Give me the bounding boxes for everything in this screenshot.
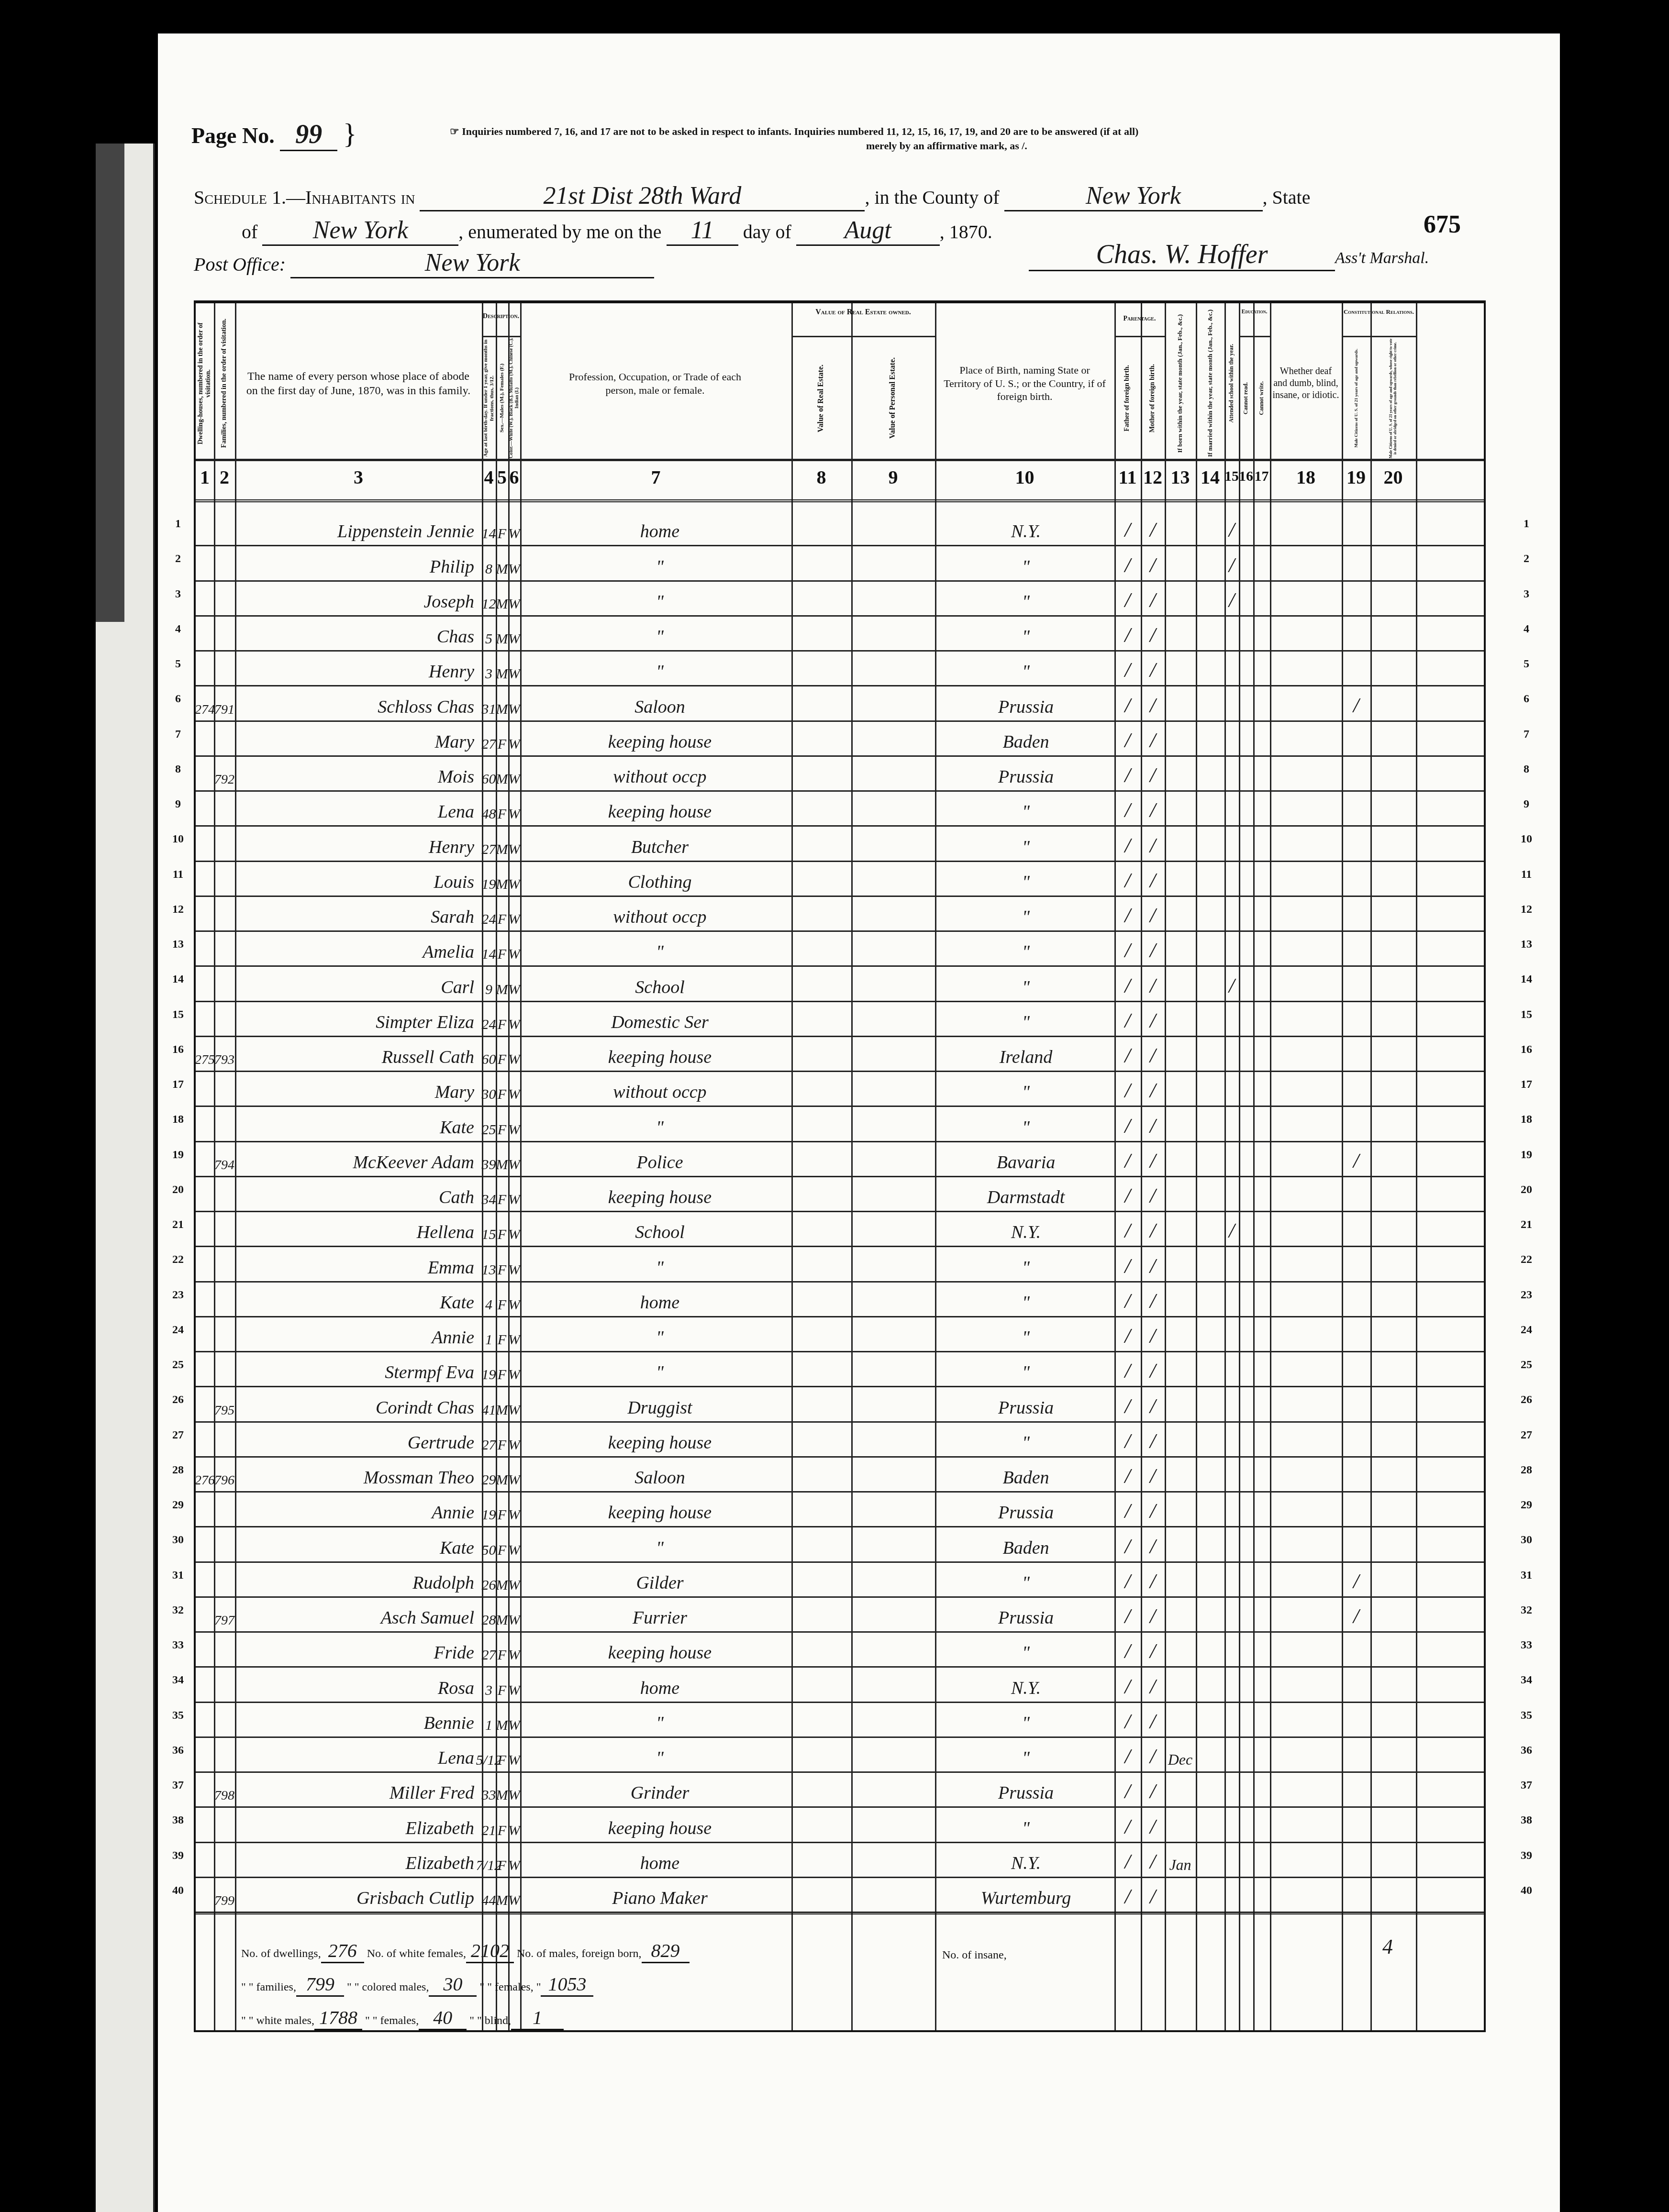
cell-occupation: Saloon bbox=[531, 1456, 789, 1491]
cell-sex: M bbox=[496, 965, 508, 1000]
cell-born-month bbox=[1165, 1141, 1196, 1176]
cell-sex: F bbox=[496, 896, 508, 930]
line-number: 4 bbox=[1517, 623, 1536, 636]
cell-dwelling bbox=[196, 580, 214, 615]
cell-birthplace: " bbox=[942, 650, 1110, 685]
line-number: 12 bbox=[168, 903, 188, 916]
line-number: 21 bbox=[168, 1218, 188, 1231]
cell-color: W bbox=[508, 1281, 520, 1316]
district-field: 21st Dist 28th Ward bbox=[420, 182, 865, 211]
cell-sex: M bbox=[496, 1561, 508, 1596]
cell-sex: F bbox=[496, 1666, 508, 1701]
cell-father-foreign: / bbox=[1114, 1877, 1141, 1912]
cell-mother-foreign: / bbox=[1141, 545, 1165, 580]
cell-born-month bbox=[1165, 1491, 1196, 1526]
totals-row-1: No. of dwellings,276 No. of white female… bbox=[241, 1939, 690, 1963]
cell-occupation: keeping house bbox=[531, 1036, 789, 1071]
cell-family bbox=[214, 720, 235, 755]
line-number: 10 bbox=[1517, 833, 1536, 846]
cell-citizen bbox=[1342, 1246, 1370, 1281]
cell-father-foreign: / bbox=[1114, 790, 1141, 825]
cell-age: 1 bbox=[482, 1316, 496, 1351]
cell-father-foreign: / bbox=[1114, 1806, 1141, 1841]
cell-birthplace: Prussia bbox=[942, 755, 1110, 790]
cell-married-month bbox=[1196, 1771, 1224, 1806]
cell-name: Cath bbox=[239, 1176, 478, 1211]
colnum-8: 8 bbox=[791, 466, 851, 488]
cell-mother-foreign: / bbox=[1141, 896, 1165, 930]
cell-birthplace: " bbox=[942, 1736, 1110, 1771]
cell-birthplace: " bbox=[942, 861, 1110, 896]
cell-citizen bbox=[1342, 1176, 1370, 1211]
cell-age: 33 bbox=[482, 1771, 496, 1806]
cell-occupation: without occp bbox=[531, 1071, 789, 1106]
cell-married-month bbox=[1196, 861, 1224, 896]
cell-color: W bbox=[508, 650, 520, 685]
cell-father-foreign: / bbox=[1114, 1036, 1141, 1071]
line-number: 30 bbox=[168, 1534, 188, 1547]
cell-dwelling bbox=[196, 930, 214, 965]
line-number: 14 bbox=[1517, 973, 1536, 986]
cell-color: W bbox=[508, 1491, 520, 1526]
cell-school bbox=[1224, 1351, 1239, 1386]
cell-age: 12 bbox=[482, 580, 496, 615]
cell-occupation: keeping house bbox=[531, 790, 789, 825]
cell-birthplace: N.Y. bbox=[942, 1211, 1110, 1246]
cell-birthplace: " bbox=[942, 825, 1110, 860]
cell-age: 60 bbox=[482, 755, 496, 790]
cell-citizen bbox=[1342, 1456, 1370, 1491]
cell-dwelling bbox=[196, 825, 214, 860]
cell-name: Fride bbox=[239, 1631, 478, 1666]
cell-dwelling bbox=[196, 1771, 214, 1806]
line-number: 16 bbox=[168, 1043, 188, 1056]
cell-birthplace: N.Y. bbox=[942, 510, 1110, 545]
cell-father-foreign: / bbox=[1114, 861, 1141, 896]
cell-family bbox=[214, 1001, 235, 1036]
line-number: 28 bbox=[168, 1464, 188, 1477]
cell-age: 19 bbox=[482, 1491, 496, 1526]
total-white-males: 1788 bbox=[314, 2006, 362, 2030]
cell-mother-foreign: / bbox=[1141, 685, 1165, 720]
cell-family bbox=[214, 1526, 235, 1561]
table-row: Sarah24FWwithout occp"// bbox=[196, 896, 1484, 932]
table-row: 797Asch Samuel28MWFurrierPrussia/// bbox=[196, 1596, 1484, 1633]
cell-family: 793 bbox=[214, 1036, 235, 1071]
cell-school bbox=[1224, 1561, 1239, 1596]
line-number: 11 bbox=[1517, 868, 1536, 881]
state-field: New York bbox=[262, 216, 458, 246]
table-row: Rudolph26MWGilder"/// bbox=[196, 1561, 1484, 1598]
cell-color: W bbox=[508, 755, 520, 790]
cell-birthplace: " bbox=[942, 1351, 1110, 1386]
cell-birthplace: " bbox=[942, 1106, 1110, 1140]
cell-age: 41 bbox=[482, 1386, 496, 1421]
cell-citizen bbox=[1342, 1842, 1370, 1877]
total-citizens: 4 bbox=[1382, 1935, 1393, 1959]
cell-age: 27 bbox=[482, 1631, 496, 1666]
cell-occupation: Saloon bbox=[531, 685, 789, 720]
line-number: 32 bbox=[1517, 1604, 1536, 1617]
cell-father-foreign: / bbox=[1114, 650, 1141, 685]
cell-father-foreign: / bbox=[1114, 1771, 1141, 1806]
cell-name: Henry bbox=[239, 825, 478, 860]
cell-citizen bbox=[1342, 825, 1370, 860]
cell-born-month bbox=[1165, 580, 1196, 615]
cell-family bbox=[214, 650, 235, 685]
cell-birthplace: Darmstadt bbox=[942, 1176, 1110, 1211]
line-number: 27 bbox=[1517, 1429, 1536, 1442]
cell-dwelling bbox=[196, 1421, 214, 1456]
cell-father-foreign: / bbox=[1114, 1421, 1141, 1456]
county-field: New York bbox=[1004, 182, 1263, 211]
cell-dwelling bbox=[196, 1001, 214, 1036]
header-col-2: Families, numbered in the order of visit… bbox=[214, 308, 235, 459]
cell-dwelling bbox=[196, 1176, 214, 1211]
line-number: 9 bbox=[1517, 798, 1536, 811]
cell-sex: M bbox=[496, 545, 508, 580]
line-number: 27 bbox=[168, 1429, 188, 1442]
cell-school bbox=[1224, 1386, 1239, 1421]
cell-name: Louis bbox=[239, 861, 478, 896]
cell-occupation: keeping house bbox=[531, 1176, 789, 1211]
cell-family bbox=[214, 1491, 235, 1526]
line-number: 3 bbox=[168, 588, 188, 601]
cell-color: W bbox=[508, 1036, 520, 1071]
cell-dwelling bbox=[196, 1702, 214, 1736]
cell-born-month bbox=[1165, 650, 1196, 685]
cell-citizen bbox=[1342, 580, 1370, 615]
cell-birthplace: " bbox=[942, 1806, 1110, 1841]
cell-born-month bbox=[1165, 1702, 1196, 1736]
line-number: 23 bbox=[168, 1289, 188, 1302]
cell-dwelling bbox=[196, 1596, 214, 1631]
table-row: Louis19MWClothing"// bbox=[196, 861, 1484, 897]
cell-family: 794 bbox=[214, 1141, 235, 1176]
cell-born-month bbox=[1165, 1421, 1196, 1456]
cell-born-month bbox=[1165, 1561, 1196, 1596]
cell-occupation: Druggist bbox=[531, 1386, 789, 1421]
cell-school bbox=[1224, 896, 1239, 930]
cell-mother-foreign: / bbox=[1141, 1036, 1165, 1071]
header-col-9: Value of Personal Estate. bbox=[851, 338, 935, 459]
table-row: Lena48FWkeeping house"// bbox=[196, 790, 1484, 827]
cell-birthplace: Ireland bbox=[942, 1036, 1110, 1071]
cell-citizen bbox=[1342, 1526, 1370, 1561]
cell-color: W bbox=[508, 1176, 520, 1211]
cell-married-month bbox=[1196, 1141, 1224, 1176]
table-row: 274791Schloss Chas31MWSaloonPrussia/// bbox=[196, 685, 1484, 721]
line-number: 7 bbox=[168, 728, 188, 741]
cell-age: 29 bbox=[482, 1456, 496, 1491]
line-number: 33 bbox=[168, 1639, 188, 1652]
line-number: 30 bbox=[1517, 1534, 1536, 1547]
table-row: Kate25FW""// bbox=[196, 1106, 1484, 1142]
header-col-4: Age at last birth-day. If under 1 year, … bbox=[482, 338, 496, 459]
cell-family bbox=[214, 615, 235, 650]
cell-family: 798 bbox=[214, 1771, 235, 1806]
cell-citizen bbox=[1342, 1491, 1370, 1526]
cell-citizen bbox=[1342, 1001, 1370, 1036]
cell-family bbox=[214, 1176, 235, 1211]
header-col-19: Male Citizens of U. S. of 21 years of ag… bbox=[1342, 338, 1370, 459]
cell-born-month bbox=[1165, 720, 1196, 755]
cell-age: 31 bbox=[482, 685, 496, 720]
cell-mother-foreign: / bbox=[1141, 1456, 1165, 1491]
line-number: 12 bbox=[1517, 903, 1536, 916]
cell-father-foreign: / bbox=[1114, 825, 1141, 860]
cell-dwelling bbox=[196, 1561, 214, 1596]
cell-dwelling bbox=[196, 965, 214, 1000]
cell-name: Carl bbox=[239, 965, 478, 1000]
line-number: 37 bbox=[1517, 1779, 1536, 1792]
cell-born-month bbox=[1165, 1001, 1196, 1036]
table-row: Chas5MW""// bbox=[196, 615, 1484, 652]
cell-sex: M bbox=[496, 1877, 508, 1912]
cell-school bbox=[1224, 1281, 1239, 1316]
cell-birthplace: Baden bbox=[942, 720, 1110, 755]
group-real-estate: Value of Real Estate owned. bbox=[791, 308, 935, 317]
cell-family bbox=[214, 1561, 235, 1596]
cell-sex: F bbox=[496, 1071, 508, 1106]
cell-name: Schloss Chas bbox=[239, 685, 478, 720]
table-row: 798Miller Fred33MWGrinderPrussia// bbox=[196, 1771, 1484, 1808]
cell-age: 24 bbox=[482, 896, 496, 930]
cell-occupation: Furrier bbox=[531, 1596, 789, 1631]
cell-family bbox=[214, 580, 235, 615]
cell-color: W bbox=[508, 1351, 520, 1386]
cell-birthplace: N.Y. bbox=[942, 1666, 1110, 1701]
line-number: 1 bbox=[168, 518, 188, 531]
line-number: 18 bbox=[168, 1113, 188, 1126]
cell-family bbox=[214, 1316, 235, 1351]
cell-birthplace: " bbox=[942, 615, 1110, 650]
cell-father-foreign: / bbox=[1114, 1001, 1141, 1036]
cell-sex: M bbox=[496, 615, 508, 650]
cell-born-month bbox=[1165, 1631, 1196, 1666]
cell-name: Lippenstein Jennie bbox=[239, 510, 478, 545]
cell-mother-foreign: / bbox=[1141, 1491, 1165, 1526]
cell-age: 48 bbox=[482, 790, 496, 825]
cell-father-foreign: / bbox=[1114, 965, 1141, 1000]
cell-citizen bbox=[1342, 896, 1370, 930]
cell-sex: F bbox=[496, 1176, 508, 1211]
cell-dwelling bbox=[196, 1736, 214, 1771]
table-row: 792Mois60MWwithout occpPrussia// bbox=[196, 755, 1484, 792]
header-col-14: If married within the year, state month … bbox=[1196, 308, 1224, 459]
cell-citizen bbox=[1342, 755, 1370, 790]
cell-birthplace: Prussia bbox=[942, 1771, 1110, 1806]
cell-school bbox=[1224, 1036, 1239, 1071]
marshal-label: Ass't Marshal. bbox=[1335, 249, 1429, 267]
colnum-20: 20 bbox=[1370, 466, 1416, 488]
cell-school bbox=[1224, 1526, 1239, 1561]
cell-citizen: / bbox=[1342, 1596, 1370, 1631]
instructions-line-1: ☞ Inquiries numbered 7, 16, and 17 are n… bbox=[450, 125, 1138, 138]
cell-citizen bbox=[1342, 1666, 1370, 1701]
cell-citizen bbox=[1342, 1281, 1370, 1316]
cell-school bbox=[1224, 1631, 1239, 1666]
group-constitutional: Constitutional Relations. bbox=[1342, 308, 1416, 316]
cell-married-month bbox=[1196, 1001, 1224, 1036]
cell-dwelling bbox=[196, 1666, 214, 1701]
cell-name: Amelia bbox=[239, 930, 478, 965]
line-number: 1 bbox=[1517, 518, 1536, 531]
cell-father-foreign: / bbox=[1114, 755, 1141, 790]
cell-mother-foreign: / bbox=[1141, 1666, 1165, 1701]
cell-mother-foreign: / bbox=[1141, 1877, 1165, 1912]
cell-born-month bbox=[1165, 1666, 1196, 1701]
cell-occupation: " bbox=[531, 650, 789, 685]
cell-mother-foreign: / bbox=[1141, 825, 1165, 860]
group-parentage: Parentage. bbox=[1114, 315, 1165, 323]
cell-color: W bbox=[508, 1631, 520, 1666]
table-row: Cath34FWkeeping houseDarmstadt// bbox=[196, 1176, 1484, 1212]
cell-color: W bbox=[508, 1526, 520, 1561]
cell-married-month bbox=[1196, 1806, 1224, 1841]
cell-citizen: / bbox=[1342, 1561, 1370, 1596]
colnum-9: 9 bbox=[851, 466, 935, 488]
cell-married-month bbox=[1196, 545, 1224, 580]
table-row: Bennie1MW""// bbox=[196, 1702, 1484, 1738]
cell-name: Emma bbox=[239, 1246, 478, 1281]
line-number: 21 bbox=[1517, 1218, 1536, 1231]
cell-born-month: Jan bbox=[1165, 1842, 1196, 1877]
cell-age: 26 bbox=[482, 1561, 496, 1596]
cell-school bbox=[1224, 685, 1239, 720]
cell-sex: M bbox=[496, 650, 508, 685]
cell-married-month bbox=[1196, 1386, 1224, 1421]
line-number: 38 bbox=[168, 1814, 188, 1827]
cell-sex: M bbox=[496, 755, 508, 790]
cell-age: 50 bbox=[482, 1526, 496, 1561]
cell-born-month bbox=[1165, 965, 1196, 1000]
cell-mother-foreign: / bbox=[1141, 510, 1165, 545]
total-males-foreign-born: 829 bbox=[642, 1939, 690, 1963]
cell-citizen bbox=[1342, 510, 1370, 545]
cell-birthplace: " bbox=[942, 1246, 1110, 1281]
table-row: Fride27FWkeeping house"// bbox=[196, 1631, 1484, 1668]
cell-color: W bbox=[508, 580, 520, 615]
line-number: 32 bbox=[168, 1604, 188, 1617]
cell-occupation: without occp bbox=[531, 755, 789, 790]
cell-dwelling bbox=[196, 755, 214, 790]
line-number: 15 bbox=[168, 1008, 188, 1021]
cell-family bbox=[214, 896, 235, 930]
cell-sex: F bbox=[496, 1351, 508, 1386]
table-row: 795Corindt Chas41MWDruggistPrussia// bbox=[196, 1386, 1484, 1422]
cell-occupation: School bbox=[531, 1211, 789, 1246]
cell-born-month bbox=[1165, 1246, 1196, 1281]
line-number: 29 bbox=[1517, 1499, 1536, 1512]
cell-mother-foreign: / bbox=[1141, 720, 1165, 755]
cell-color: W bbox=[508, 1736, 520, 1771]
cell-father-foreign: / bbox=[1114, 1141, 1141, 1176]
cell-color: W bbox=[508, 965, 520, 1000]
line-number: 20 bbox=[1517, 1183, 1536, 1196]
cell-name: Sarah bbox=[239, 896, 478, 930]
cell-sex: F bbox=[496, 510, 508, 545]
line-number: 17 bbox=[168, 1078, 188, 1091]
cell-born-month bbox=[1165, 896, 1196, 930]
cell-dwelling bbox=[196, 615, 214, 650]
cell-dwelling bbox=[196, 1316, 214, 1351]
cell-family bbox=[214, 1421, 235, 1456]
cell-married-month bbox=[1196, 755, 1224, 790]
cell-age: 27 bbox=[482, 825, 496, 860]
cell-citizen bbox=[1342, 1036, 1370, 1071]
cell-married-month bbox=[1196, 1211, 1224, 1246]
cell-born-month bbox=[1165, 1351, 1196, 1386]
cell-color: W bbox=[508, 1561, 520, 1596]
table-row: Joseph12MW""/// bbox=[196, 580, 1484, 617]
cell-name: Stermpf Eva bbox=[239, 1351, 478, 1386]
header-col-17: Cannot write. bbox=[1253, 338, 1270, 459]
line-number: 20 bbox=[168, 1183, 188, 1196]
table-row: Rosa3FWhomeN.Y.// bbox=[196, 1666, 1484, 1703]
colnum-10: 10 bbox=[935, 466, 1114, 488]
cell-family bbox=[214, 1106, 235, 1140]
line-number: 36 bbox=[1517, 1744, 1536, 1757]
cell-color: W bbox=[508, 1246, 520, 1281]
cell-birthplace: " bbox=[942, 1702, 1110, 1736]
cell-citizen: / bbox=[1342, 1141, 1370, 1176]
cell-color: W bbox=[508, 1106, 520, 1140]
cell-dwelling bbox=[196, 1106, 214, 1140]
day-field: 11 bbox=[667, 216, 738, 246]
cell-school bbox=[1224, 720, 1239, 755]
cell-family: 792 bbox=[214, 755, 235, 790]
cell-color: W bbox=[508, 790, 520, 825]
cell-name: Mois bbox=[239, 755, 478, 790]
insane-label: No. of insane, bbox=[942, 1949, 1007, 1962]
cell-occupation: " bbox=[531, 615, 789, 650]
cell-born-month bbox=[1165, 790, 1196, 825]
table-row: Elizabeth21FWkeeping house"// bbox=[196, 1806, 1484, 1843]
cell-married-month bbox=[1196, 1316, 1224, 1351]
cell-dwelling: 274 bbox=[196, 685, 214, 720]
cell-sex: F bbox=[496, 1806, 508, 1841]
cell-name: Mossman Theo bbox=[239, 1456, 478, 1491]
cell-mother-foreign: / bbox=[1141, 1596, 1165, 1631]
marshal-line: Chas. W. HofferAss't Marshal. bbox=[1029, 239, 1429, 271]
cell-birthplace: N.Y. bbox=[942, 1842, 1110, 1877]
total-females-foreign-born: 1053 bbox=[541, 1973, 593, 1997]
cell-color: W bbox=[508, 1421, 520, 1456]
cell-age: 13 bbox=[482, 1246, 496, 1281]
cell-name: Lena bbox=[239, 790, 478, 825]
cell-married-month bbox=[1196, 1561, 1224, 1596]
cell-family bbox=[214, 861, 235, 896]
cell-color: W bbox=[508, 1806, 520, 1841]
cell-color: W bbox=[508, 825, 520, 860]
line-number: 40 bbox=[1517, 1884, 1536, 1897]
cell-mother-foreign: / bbox=[1141, 1421, 1165, 1456]
census-rows: Lippenstein Jennie14FWhomeN.Y.///Philip8… bbox=[196, 510, 1484, 1912]
cell-father-foreign: / bbox=[1114, 615, 1141, 650]
totals-row-3: " " white males,1788 " " females,40 " " … bbox=[241, 2006, 564, 2030]
cell-citizen bbox=[1342, 615, 1370, 650]
cell-citizen bbox=[1342, 930, 1370, 965]
cell-family bbox=[214, 1806, 235, 1841]
cell-married-month bbox=[1196, 720, 1224, 755]
cell-name: Grisbach Cutlip bbox=[239, 1877, 478, 1912]
cell-married-month bbox=[1196, 1842, 1224, 1877]
cell-school bbox=[1224, 1421, 1239, 1456]
header-col-11: Father of foreign birth. bbox=[1114, 338, 1141, 459]
line-number: 34 bbox=[1517, 1674, 1536, 1687]
instructions-line-2: merely by an affirmative mark, as /. bbox=[866, 140, 1027, 152]
